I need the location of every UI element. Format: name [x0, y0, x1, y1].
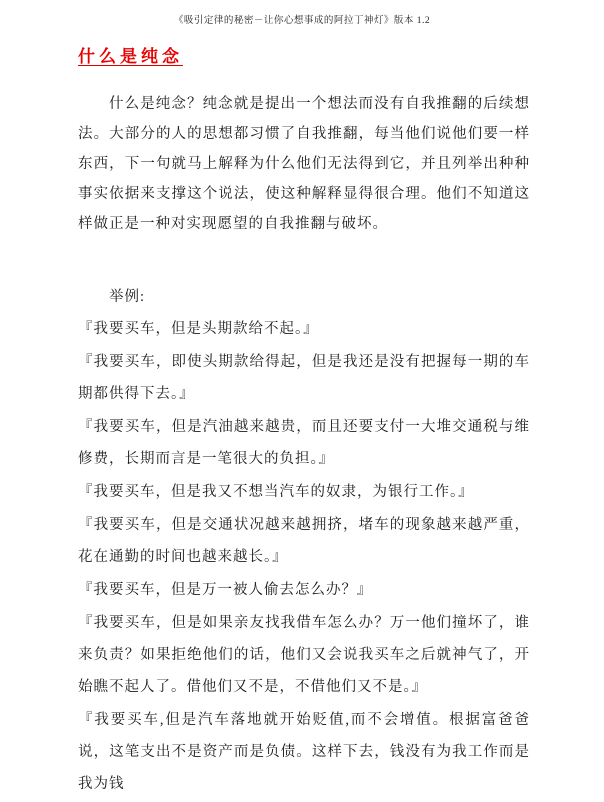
intro-paragraph: 什么是纯念？纯念就是提出一个想法而没有自我推翻的后续想法。大部分的人的思想都习惯… [78, 89, 530, 239]
document-content: 什么是纯念 什么是纯念？纯念就是提出一个想法而没有自我推翻的后续想法。大部分的人… [0, 42, 604, 800]
example-quote: 『我要买车，但是如果亲友找我借车怎么办？万一他们撞坏了，谁来负责？如果拒绝他们的… [78, 607, 530, 703]
section-heading: 什么是纯念 [78, 42, 530, 67]
example-quote: 『我要买车，即使头期款给得起，但是我还是没有把握每一期的车期都供得下去。』 [78, 346, 530, 410]
document-page: 《吸引定律的秘密－让你心想事成的阿拉丁神灯》版本 1.2 什么是纯念 什么是纯念… [0, 0, 604, 802]
examples-label: 举例: [78, 281, 530, 313]
example-quote: 『我要买车，但是我又不想当汽车的奴隶，为银行工作。』 [78, 476, 530, 508]
example-quote: 『我要买车，但是交通状况越来越拥挤，堵车的现象越来越严重，花在通勤的时间也越来越… [78, 509, 530, 573]
example-quote: 『我要买车，但是万一被人偷去怎么办？』 [78, 574, 530, 606]
example-quote: 『我要买车，但是汽油越来越贵，而且还要支付一大堆交通税与维修费，长期而言是一笔很… [78, 411, 530, 475]
example-quote: 『我要买车，但是头期款给不起。』 [78, 313, 530, 345]
example-quote: 『我要买车,但是汽车落地就开始贬值,而不会增值。根据富爸爸说，这笔支出不是资产而… [78, 704, 530, 800]
document-header-title: 《吸引定律的秘密－让你心想事成的阿拉丁神灯》版本 1.2 [0, 0, 604, 26]
